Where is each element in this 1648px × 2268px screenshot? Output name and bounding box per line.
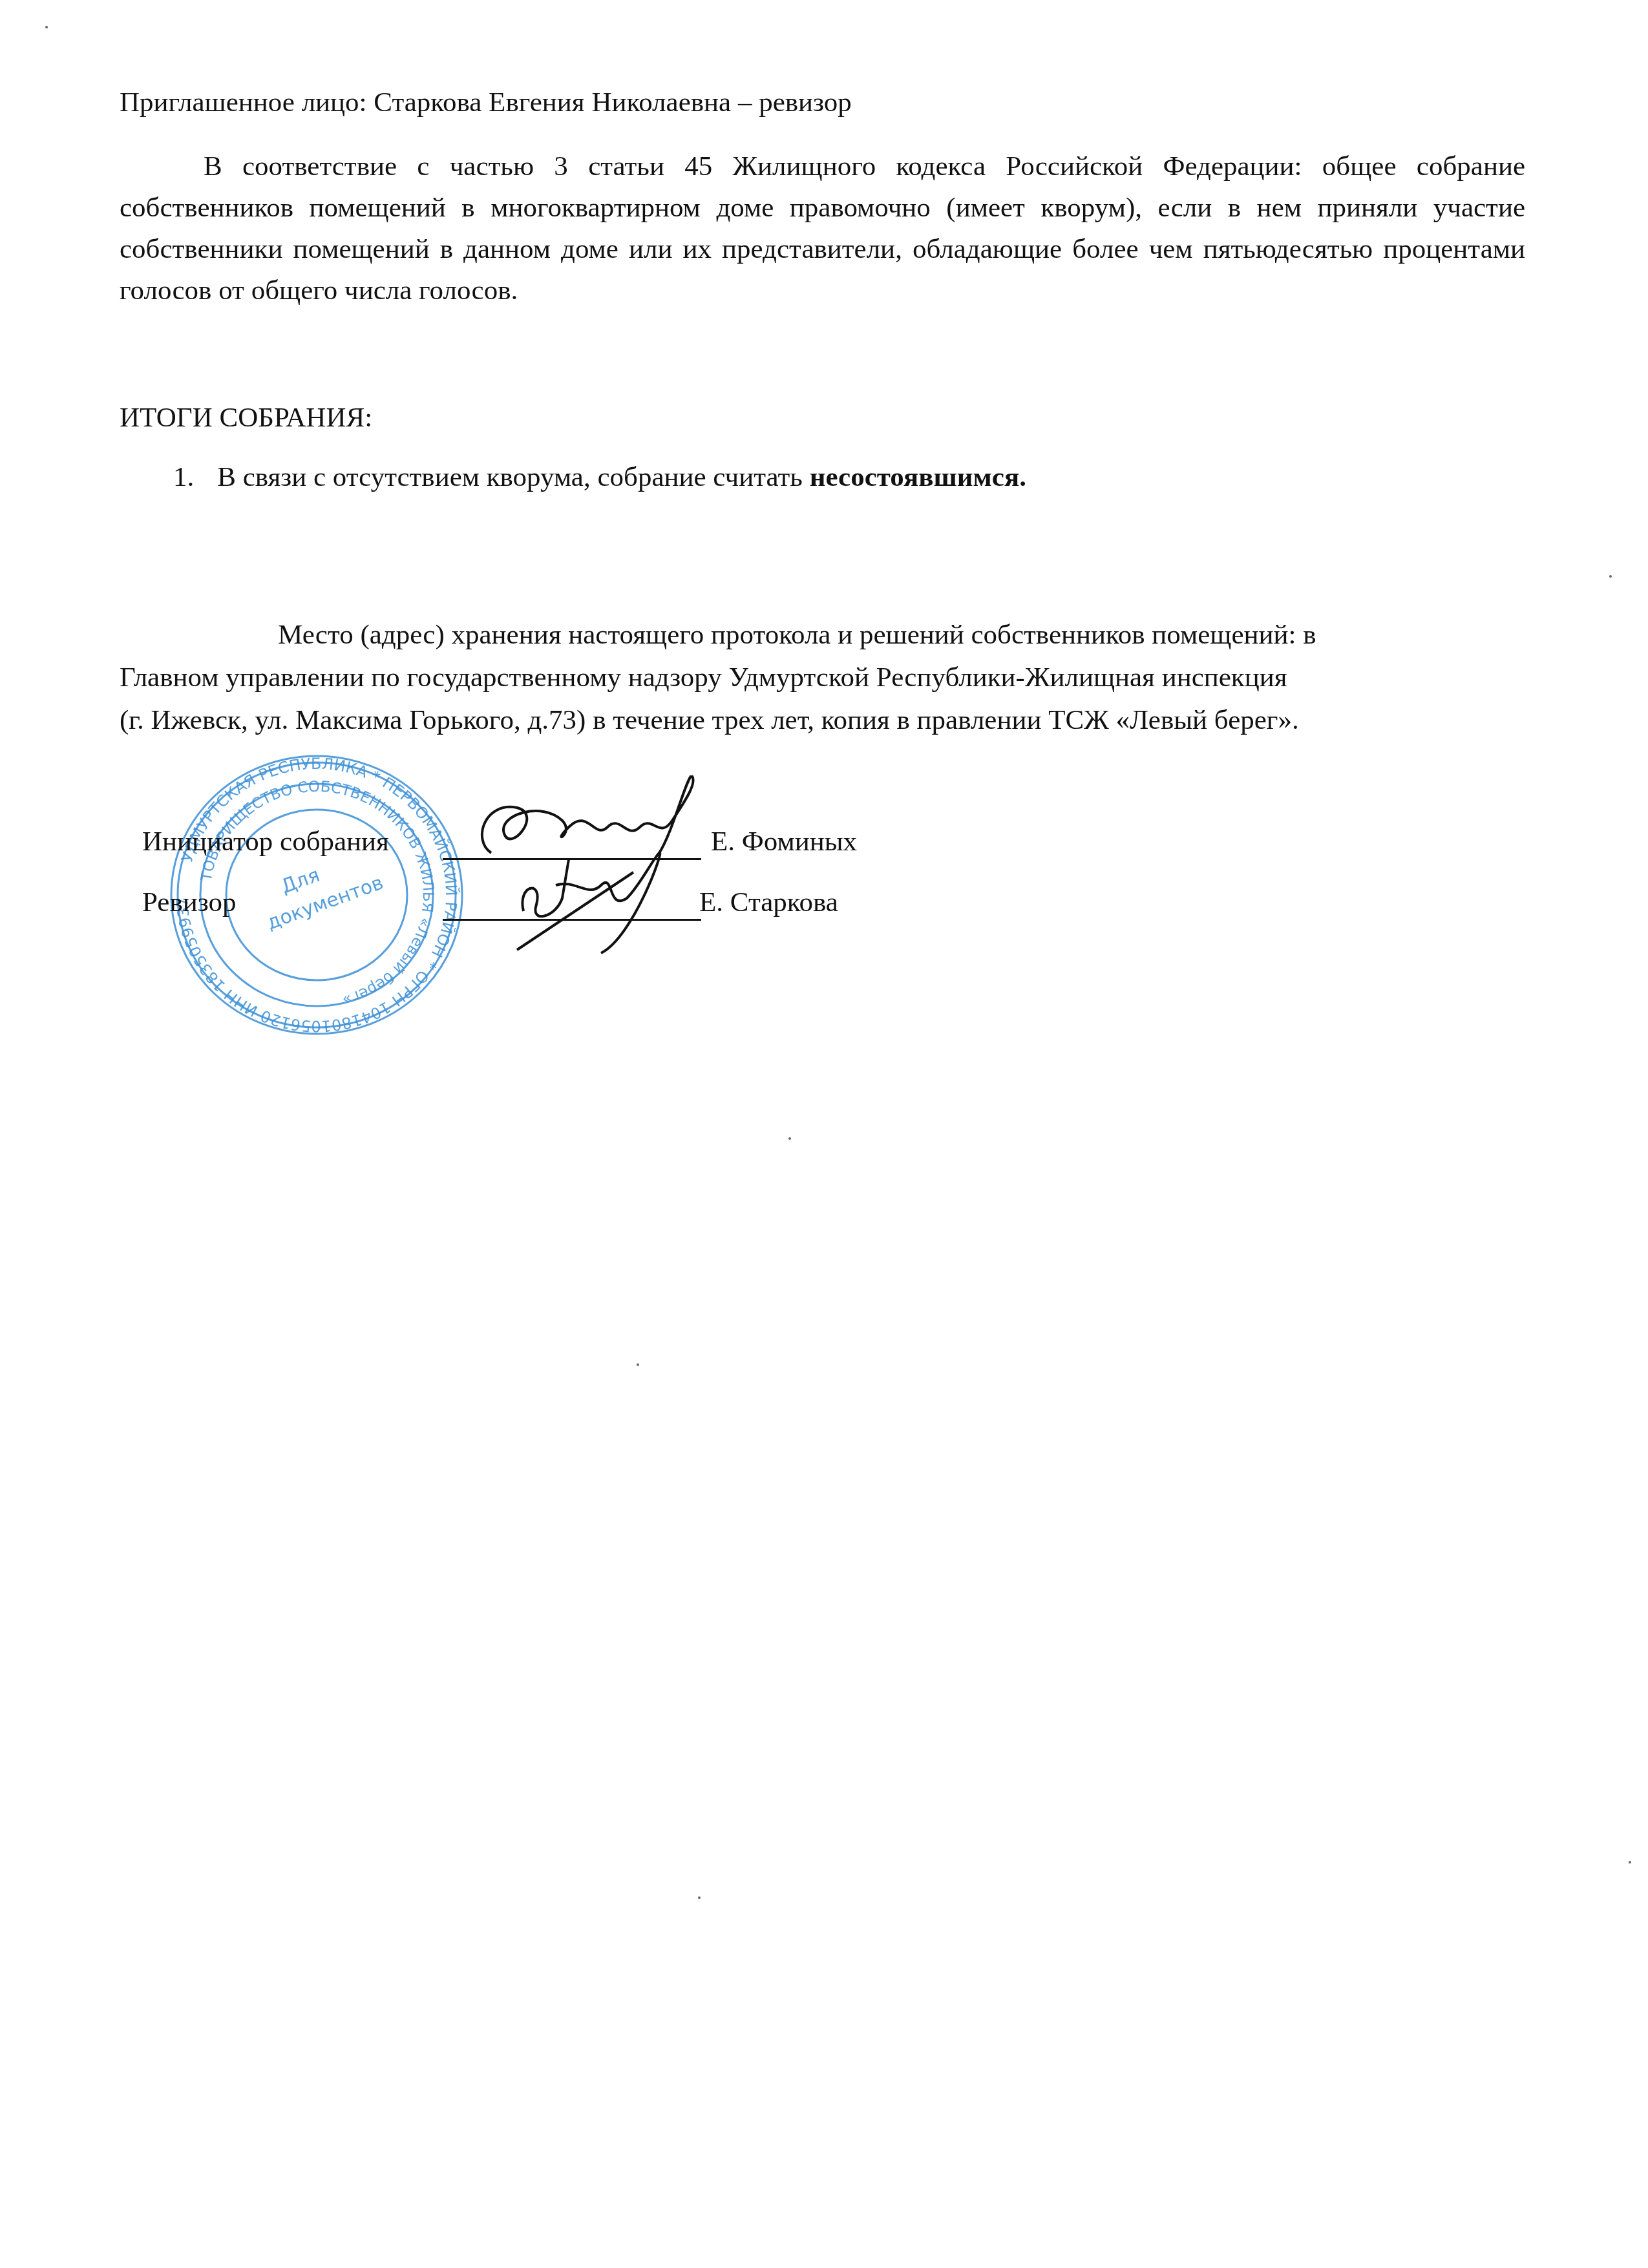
signature-name-initiator: Е. Фоминых (711, 822, 857, 862)
scan-speck (698, 1896, 701, 1899)
document-page: Приглашенное лицо: Старкова Евгения Нико… (0, 0, 1648, 2268)
scan-speck (788, 1137, 791, 1140)
scan-speck (1609, 575, 1612, 578)
signature-auditor-icon (504, 846, 698, 956)
signature-role-initiator: Инициатор собрания (142, 822, 389, 862)
invited-person-line: Приглашенное лицо: Старкова Евгения Нико… (120, 83, 852, 123)
signature-name-auditor: Е. Старкова (699, 883, 838, 923)
results-heading: ИТОГИ СОБРАНИЯ: (120, 398, 372, 438)
storage-line-1: Место (адрес) хранения настоящего проток… (278, 615, 1316, 655)
result-text: В связи с отсутствием кворума, собрание … (217, 462, 809, 492)
signature-role-auditor: Ревизор (142, 883, 236, 923)
scan-speck (1629, 1861, 1631, 1864)
scan-speck (637, 1363, 639, 1366)
result-number: 1. (173, 462, 194, 492)
legal-paragraph: В соответствие с частью 3 статьи 45 Жили… (120, 146, 1525, 311)
storage-line-3: (г. Ижевск, ул. Максима Горького, д.73) … (120, 700, 1299, 740)
storage-line-2: Главном управлении по государственному н… (120, 658, 1287, 698)
result-bold-text: несостоявшимся. (810, 462, 1026, 492)
result-item-1: 1.В связи с отсутствием кворума, собрани… (173, 457, 1026, 498)
svg-text:Для: Для (278, 864, 322, 899)
scan-speck (45, 26, 48, 28)
